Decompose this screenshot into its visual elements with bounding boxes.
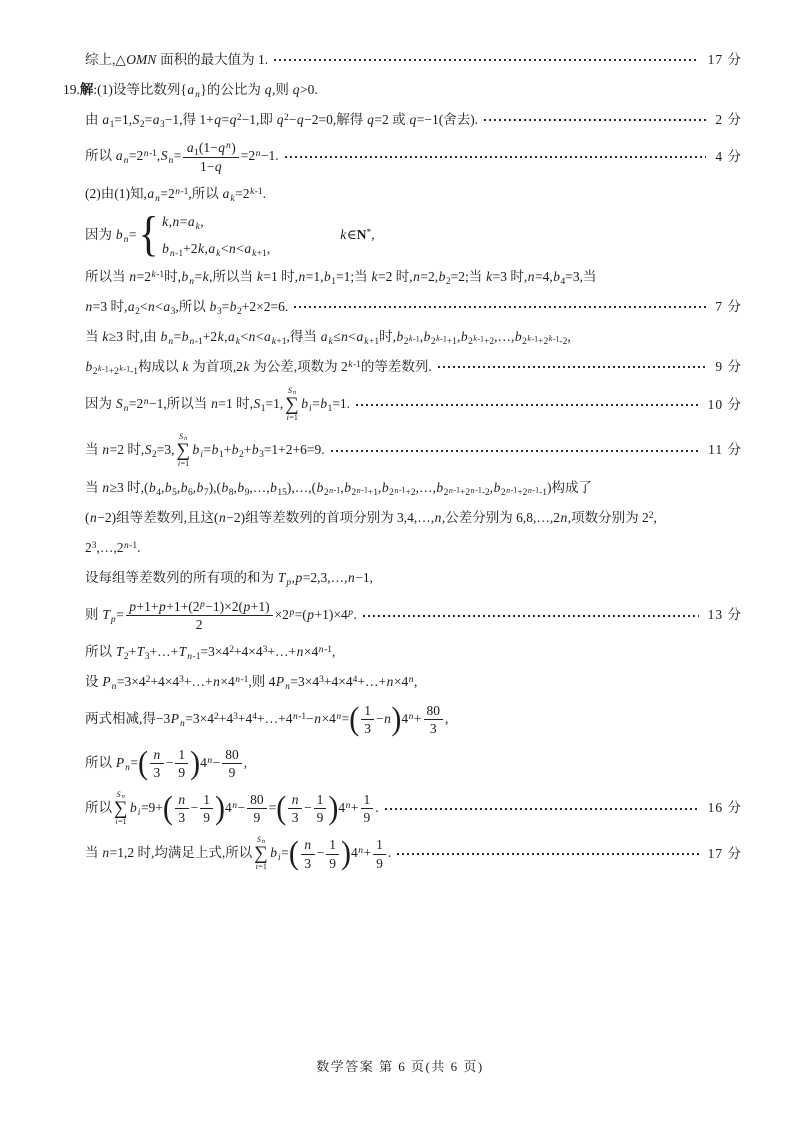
score-label: 17 分 bbox=[708, 52, 742, 69]
solution-line: 所以 Pn=(n3−19)4n−809, bbox=[63, 747, 742, 781]
score-label: 13 分 bbox=[708, 607, 742, 624]
math-text: 设每组等差数列的所有项的和为 Tp,p=2,3,…,n−1, bbox=[85, 570, 373, 587]
dot-leader bbox=[285, 156, 707, 158]
math-text: 当 n=1,2 时,均满足上式,所以Sn∑i=1bi=(n3−19)4n+19. bbox=[85, 836, 391, 872]
dot-leader bbox=[438, 366, 707, 368]
solution-line: (n−2)组等差数列,且这(n−2)组等差数列的首项分别为 3,4,…,n,公差… bbox=[63, 509, 742, 529]
dot-leader bbox=[397, 853, 698, 855]
math-text: 因为 Sn=2n−1,所以当 n=1 时,S1=1,Sn∑i=1bi=b1=1. bbox=[85, 387, 350, 423]
math-text: b2k-1+2k-1-1构成以 k 为首项,2k 为公差,项数为 2k-1的等差… bbox=[85, 359, 432, 376]
score-label: 10 分 bbox=[708, 397, 742, 414]
math-text: 两式相减,得−3Pn=3×42+43+44+…+4n-1−n×4n=(13−n)… bbox=[85, 703, 448, 737]
solution-line: 因为 Sn=2n−1,所以当 n=1 时,S1=1,Sn∑i=1bi=b1=1.… bbox=[63, 387, 742, 423]
math-text: (n−2)组等差数列,且这(n−2)组等差数列的首项分别为 3,4,…,n,公差… bbox=[85, 510, 657, 527]
math-text: 所以 Pn=(n3−19)4n−809, bbox=[85, 747, 247, 781]
solution-line: 当 n=2 时,S2=3,Sn∑i=1bi=b1+b2+b3=1+2+6=9.1… bbox=[63, 433, 742, 469]
math-text: 23,…,2n-1. bbox=[85, 540, 141, 557]
math-text: 所以 T2+T3+…+Tn-1=3×42+4×43+…+n×4n-1, bbox=[85, 644, 335, 661]
solution-line: 所以Sn∑i=1bi=9+(n3−19)4n−809=(n3−19)4n+19.… bbox=[63, 791, 742, 827]
solution-line: 所以 an=2n-1,Sn=a1(1−qn)1−q=2n−1.4 分 bbox=[63, 140, 742, 174]
solution-line: 所以 T2+T3+…+Tn-1=3×42+4×43+…+n×4n-1, bbox=[63, 643, 742, 663]
score-label: 16 分 bbox=[708, 800, 742, 817]
answer-lines: 综上,△OMN 面积的最大值为 1.17 分19.解:(1)设等比数列{an}的… bbox=[0, 0, 800, 872]
solution-line: 综上,△OMN 面积的最大值为 1.17 分 bbox=[63, 50, 742, 70]
solution-line: 当 n≥3 时,(b4,b5,b6,b7),(b8,b9,…,b15),…,(b… bbox=[63, 479, 742, 499]
page-footer: 数学答案 第 6 页(共 6 页) bbox=[0, 1056, 800, 1075]
math-text: 设 Pn=3×42+4×43+…+n×4n-1,则 4Pn=3×43+4×44+… bbox=[85, 674, 417, 691]
math-text: 因为 bn={k,n=ak,bn-1+2k,ak<n<ak+1, k∈N*, bbox=[85, 214, 375, 257]
solution-line: b2k-1+2k-1-1构成以 k 为首项,2k 为公差,项数为 2k-1的等差… bbox=[63, 357, 742, 377]
score-label: 4 分 bbox=[715, 149, 742, 166]
solution-line: 当 n=1,2 时,均满足上式,所以Sn∑i=1bi=(n3−19)4n+19.… bbox=[63, 836, 742, 872]
score-label: 17 分 bbox=[708, 846, 742, 863]
math-text: (2)由(1)知,an=2n-1,所以 ak=2k-1. bbox=[85, 186, 266, 203]
solution-line: 23,…,2n-1. bbox=[63, 539, 742, 559]
score-label: 9 分 bbox=[715, 359, 742, 376]
score-label: 11 分 bbox=[708, 442, 742, 459]
math-text: 则 Tp=p+1+p+1+(2p−1)×2(p+1)2×2p=(p+1)×4p. bbox=[85, 599, 357, 633]
math-text: 所以 an=2n-1,Sn=a1(1−qn)1−q=2n−1. bbox=[85, 140, 279, 174]
dot-leader bbox=[363, 615, 699, 617]
math-answer-page: 综上,△OMN 面积的最大值为 1.17 分19.解:(1)设等比数列{an}的… bbox=[0, 0, 800, 872]
math-text: 所以Sn∑i=1bi=9+(n3−19)4n−809=(n3−19)4n+19. bbox=[85, 791, 379, 827]
score-label: 7 分 bbox=[715, 299, 742, 316]
solution-line: (2)由(1)知,an=2n-1,所以 ak=2k-1. bbox=[63, 184, 742, 204]
solution-line: n=3 时,a2<n<a3,所以 b3=b2+2×2=6.7 分 bbox=[63, 297, 742, 317]
solution-line: 由 a1=1,S2=a3−1,得 1+q=q2−1,即 q2−q−2=0,解得 … bbox=[63, 110, 742, 130]
math-text: 由 a1=1,S2=a3−1,得 1+q=q2−1,即 q2−q−2=0,解得 … bbox=[85, 112, 478, 129]
math-text: 当 n=2 时,S2=3,Sn∑i=1bi=b1+b2+b3=1+2+6=9. bbox=[85, 433, 325, 469]
dot-leader bbox=[274, 59, 698, 61]
math-text: 所以当 n=2k-1时,bn=k,所以当 k=1 时,n=1,b1=1;当 k=… bbox=[85, 269, 597, 286]
math-text: 当 k≥3 时,由 bn=bn-1+2k,ak<n<ak+1,得当 ak≤n<a… bbox=[85, 329, 571, 346]
solution-line: 设 Pn=3×42+4×43+…+n×4n-1,则 4Pn=3×43+4×44+… bbox=[63, 673, 742, 693]
solution-line: 则 Tp=p+1+p+1+(2p−1)×2(p+1)2×2p=(p+1)×4p.… bbox=[63, 599, 742, 633]
dot-leader bbox=[484, 119, 706, 121]
dot-leader bbox=[331, 450, 699, 452]
solution-line: 设每组等差数列的所有项的和为 Tp,p=2,3,…,n−1, bbox=[63, 569, 742, 589]
dot-leader bbox=[294, 306, 706, 308]
dot-leader bbox=[356, 404, 699, 406]
math-text: 当 n≥3 时,(b4,b5,b6,b7),(b8,b9,…,b15),…,(b… bbox=[85, 480, 592, 497]
solution-line: 两式相减,得−3Pn=3×42+43+44+…+4n-1−n×4n=(13−n)… bbox=[63, 703, 742, 737]
solution-line: 当 k≥3 时,由 bn=bn-1+2k,ak<n<ak+1,得当 ak≤n<a… bbox=[63, 327, 742, 347]
math-text: 19.解:(1)设等比数列{an}的公比为 q,则 q>0. bbox=[63, 82, 318, 99]
solution-line: 19.解:(1)设等比数列{an}的公比为 q,则 q>0. bbox=[63, 80, 742, 100]
score-label: 2 分 bbox=[715, 112, 742, 129]
math-text: n=3 时,a2<n<a3,所以 b3=b2+2×2=6. bbox=[85, 299, 288, 316]
solution-line: 所以当 n=2k-1时,bn=k,所以当 k=1 时,n=1,b1=1;当 k=… bbox=[63, 267, 742, 287]
math-text: 综上,△OMN 面积的最大值为 1. bbox=[85, 52, 268, 69]
solution-line: 因为 bn={k,n=ak,bn-1+2k,ak<n<ak+1, k∈N*, bbox=[63, 214, 742, 257]
dot-leader bbox=[385, 808, 699, 810]
